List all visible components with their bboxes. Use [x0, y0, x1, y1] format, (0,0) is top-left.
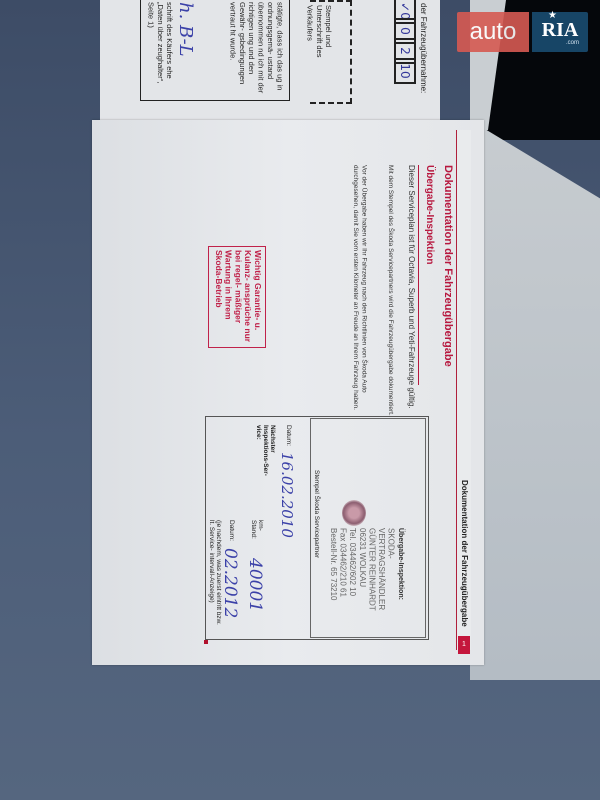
autoria-logo-ria: RIA: [532, 12, 588, 52]
next-inspection-label: Nächster Inspektions-Ser- vice:: [255, 425, 276, 485]
intro-paragraph-1: Dieser Serviceplan ist für Octavia, Supe…: [405, 165, 416, 425]
date-box: 10: [394, 58, 416, 84]
star-icon: ★: [548, 10, 557, 21]
stamp-line: SKODA-VERTRAGSHÄNDLER: [376, 528, 395, 638]
warranty-stamp: Wichtig Garantie- u. Kulanz- ansprüche n…: [208, 246, 266, 348]
seller-stamp-label: Stempel und Unterschrift des Verkäufers: [305, 5, 333, 85]
next-date-label: Datum:: [228, 520, 235, 541]
stamp-caption: Stempel Škoda Servicepartner: [313, 470, 320, 558]
km-label: km- Stand:: [250, 520, 264, 550]
section-title: Übergabe-Inspektion: [424, 165, 435, 264]
page-number: 1: [458, 636, 470, 654]
page-title: Dokumentation der Fahrzeugübergabe: [442, 165, 454, 367]
skoda-emblem-icon: [342, 500, 366, 526]
autoria-logo-domain: .com: [566, 40, 579, 46]
buyer-confirmation-text: stätigte, dass ich das ug in ordnungsgem…: [228, 2, 284, 97]
footnote: (je nachdem, was zuerst eintritt bzw. lt…: [208, 520, 222, 630]
handover-date-boxes: ✓0 0 2 10: [392, 2, 418, 82]
dealer-stamp: Übergabe-Inspektion: SKODA-VERTRAGSHÄNDL…: [348, 528, 404, 638]
next-date-value: 02.2012: [220, 548, 240, 618]
autoria-logo-auto: auto: [457, 12, 529, 52]
stamp-line: 06231 WOLKAU: [357, 528, 367, 638]
stamp-line: Bestell-Nr. 65 73210: [328, 528, 338, 638]
spine-title: Dokumentation der Fahrzeugübergabe: [460, 480, 469, 627]
page-marker: [204, 640, 208, 644]
stamp-line: Tel. 034462/602 10: [348, 528, 358, 638]
stamp-title: Übergabe-Inspektion:: [396, 528, 404, 638]
buyer-signature: h. B-L: [175, 2, 196, 57]
stamp-line: GÜNTER REINHARDT: [367, 528, 377, 638]
background-light-surface: [470, 120, 600, 680]
handover-date-label: der Fahrzeugübernahme:: [418, 3, 428, 93]
title-divider: [418, 165, 419, 385]
intro-paragraph-3: Vor der Übergabe haben wir Ihr Fahrzeug …: [350, 165, 368, 425]
handover-date-value: 16.02.2010: [278, 452, 296, 538]
km-value: 40001: [245, 558, 265, 612]
intro-paragraph-2: Mit dem Stempel des Škoda Servicepartner…: [385, 165, 394, 425]
date-label: Datum:: [285, 425, 292, 446]
stamp-line: Fax 034462/210 61: [338, 528, 348, 638]
buyer-signature-label: schrift des Käufers ehe „Daten über zeug…: [146, 2, 174, 92]
previous-page-content: der Fahrzeugübernahme: ✓0 0 2 10 Stempel…: [100, 0, 440, 125]
